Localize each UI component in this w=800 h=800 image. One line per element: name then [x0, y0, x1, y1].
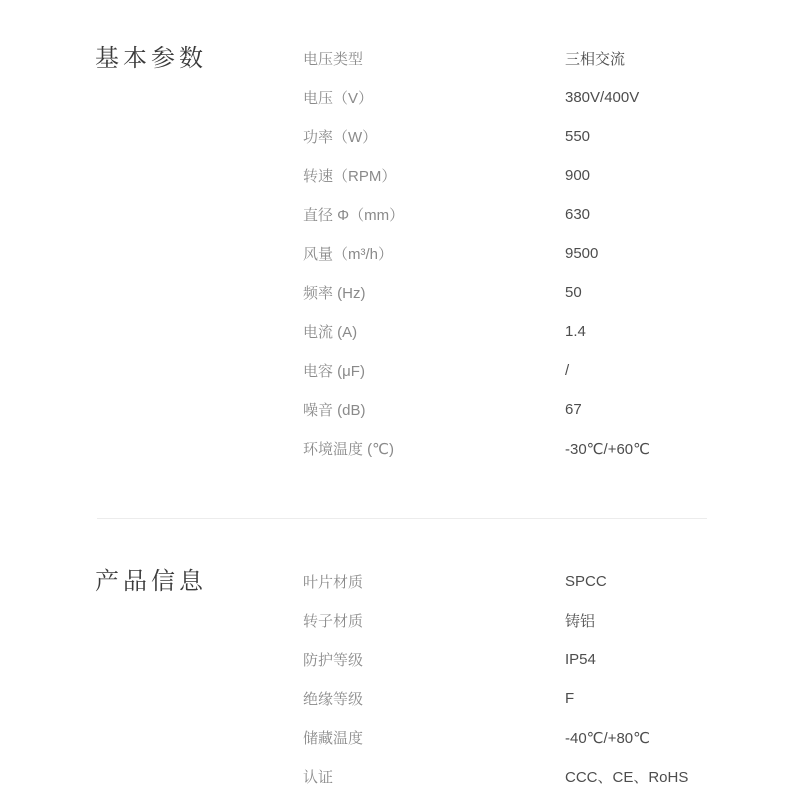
spec-row: 认证 CCC、CE、RoHS — [303, 757, 800, 796]
spec-label: 绝缘等级 — [303, 688, 565, 709]
spec-value: -30℃/+60℃ — [565, 440, 650, 458]
spec-row: 电容 (μF) / — [303, 351, 800, 390]
spec-row: 噪音 (dB) 67 — [303, 390, 800, 429]
spec-value: IP54 — [565, 651, 596, 668]
spec-value: 铸铝 — [565, 610, 595, 631]
spec-row: 绝缘等级 F — [303, 679, 800, 718]
spec-label: 频率 (Hz) — [303, 282, 565, 303]
spec-row: 风量（m³/h） 9500 — [303, 234, 800, 273]
spec-value: F — [565, 690, 574, 707]
spec-label: 风量（m³/h） — [303, 243, 565, 264]
spec-label: 认证 — [303, 766, 565, 787]
spec-row: 储藏温度 -40℃/+80℃ — [303, 718, 800, 757]
spec-value: 三相交流 — [565, 48, 625, 69]
section-divider — [97, 518, 707, 519]
spec-row: 转速（RPM） 900 — [303, 156, 800, 195]
spec-row: 叶片材质 SPCC — [303, 562, 800, 601]
section-rows: 电压类型 三相交流 电压（V） 380V/400V 功率（W） 550 转速（R… — [303, 39, 800, 468]
spec-row: 电压类型 三相交流 — [303, 39, 800, 78]
spec-label: 电压（V） — [303, 87, 565, 108]
spec-label: 噪音 (dB) — [303, 399, 565, 420]
spec-label: 储藏温度 — [303, 727, 565, 748]
spec-row: 转子材质 铸铝 — [303, 601, 800, 640]
spec-section: 基本参数 电压类型 三相交流 电压（V） 380V/400V 功率（W） 550… — [0, 39, 800, 468]
spec-row: 环境温度 (℃) -30℃/+60℃ — [303, 429, 800, 468]
spec-value: 67 — [565, 401, 582, 418]
product-spec-page: 基本参数 电压类型 三相交流 电压（V） 380V/400V 功率（W） 550… — [0, 0, 800, 796]
spec-row: 频率 (Hz) 50 — [303, 273, 800, 312]
spec-row: 直径 Φ（mm） 630 — [303, 195, 800, 234]
spec-label: 电容 (μF) — [303, 360, 565, 381]
section-title: 基本参数 — [95, 39, 303, 78]
spec-label: 直径 Φ（mm） — [303, 204, 565, 225]
spec-value: 1.4 — [565, 323, 586, 340]
spec-label: 防护等级 — [303, 649, 565, 670]
spec-value: 900 — [565, 167, 590, 184]
spec-value: SPCC — [565, 573, 607, 590]
spec-value: 630 — [565, 206, 590, 223]
spec-value: -40℃/+80℃ — [565, 729, 650, 747]
spec-value: CCC、CE、RoHS — [565, 766, 688, 787]
spec-value: 380V/400V — [565, 89, 639, 106]
spec-value: 50 — [565, 284, 582, 301]
spec-label: 叶片材质 — [303, 571, 565, 592]
spec-value: 9500 — [565, 245, 598, 262]
spec-row: 功率（W） 550 — [303, 117, 800, 156]
section-title: 产品信息 — [95, 562, 303, 601]
spec-table: 基本参数 电压类型 三相交流 电压（V） 380V/400V 功率（W） 550… — [0, 39, 800, 796]
spec-section: 产品信息 叶片材质 SPCC 转子材质 铸铝 防护等级 IP54 绝缘等级 F … — [0, 562, 800, 796]
spec-label: 转子材质 — [303, 610, 565, 631]
spec-row: 防护等级 IP54 — [303, 640, 800, 679]
spec-row: 电流 (A) 1.4 — [303, 312, 800, 351]
spec-label: 电压类型 — [303, 48, 565, 69]
section-rows: 叶片材质 SPCC 转子材质 铸铝 防护等级 IP54 绝缘等级 F 储藏温度 … — [303, 562, 800, 796]
spec-row: 电压（V） 380V/400V — [303, 78, 800, 117]
spec-label: 电流 (A) — [303, 321, 565, 342]
spec-value: / — [565, 362, 569, 379]
spec-label: 环境温度 (℃) — [303, 438, 565, 459]
spec-label: 功率（W） — [303, 126, 565, 147]
spec-value: 550 — [565, 128, 590, 145]
spec-label: 转速（RPM） — [303, 165, 565, 186]
